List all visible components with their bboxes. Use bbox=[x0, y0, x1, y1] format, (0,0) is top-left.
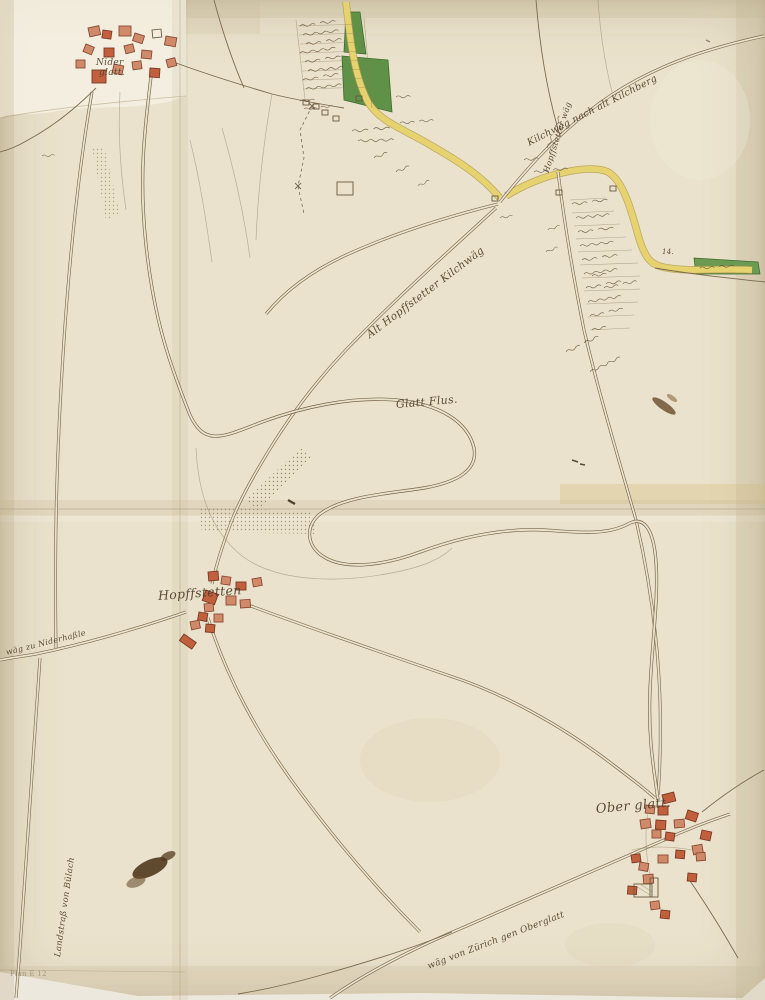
stipple-areas bbox=[92, 146, 316, 534]
map-canvas: Nider glatt. Kilchwäg nach alt Kilchberg… bbox=[0, 0, 765, 1000]
village-hopffstetten-buildings bbox=[179, 571, 262, 649]
paper-creases bbox=[0, 0, 765, 1000]
small-ink-houses bbox=[303, 96, 616, 201]
village-oberglatt-buildings bbox=[627, 792, 711, 919]
map-artwork bbox=[0, 0, 765, 1000]
boundary-dashed bbox=[295, 103, 315, 214]
river-glatt bbox=[143, 68, 658, 800]
